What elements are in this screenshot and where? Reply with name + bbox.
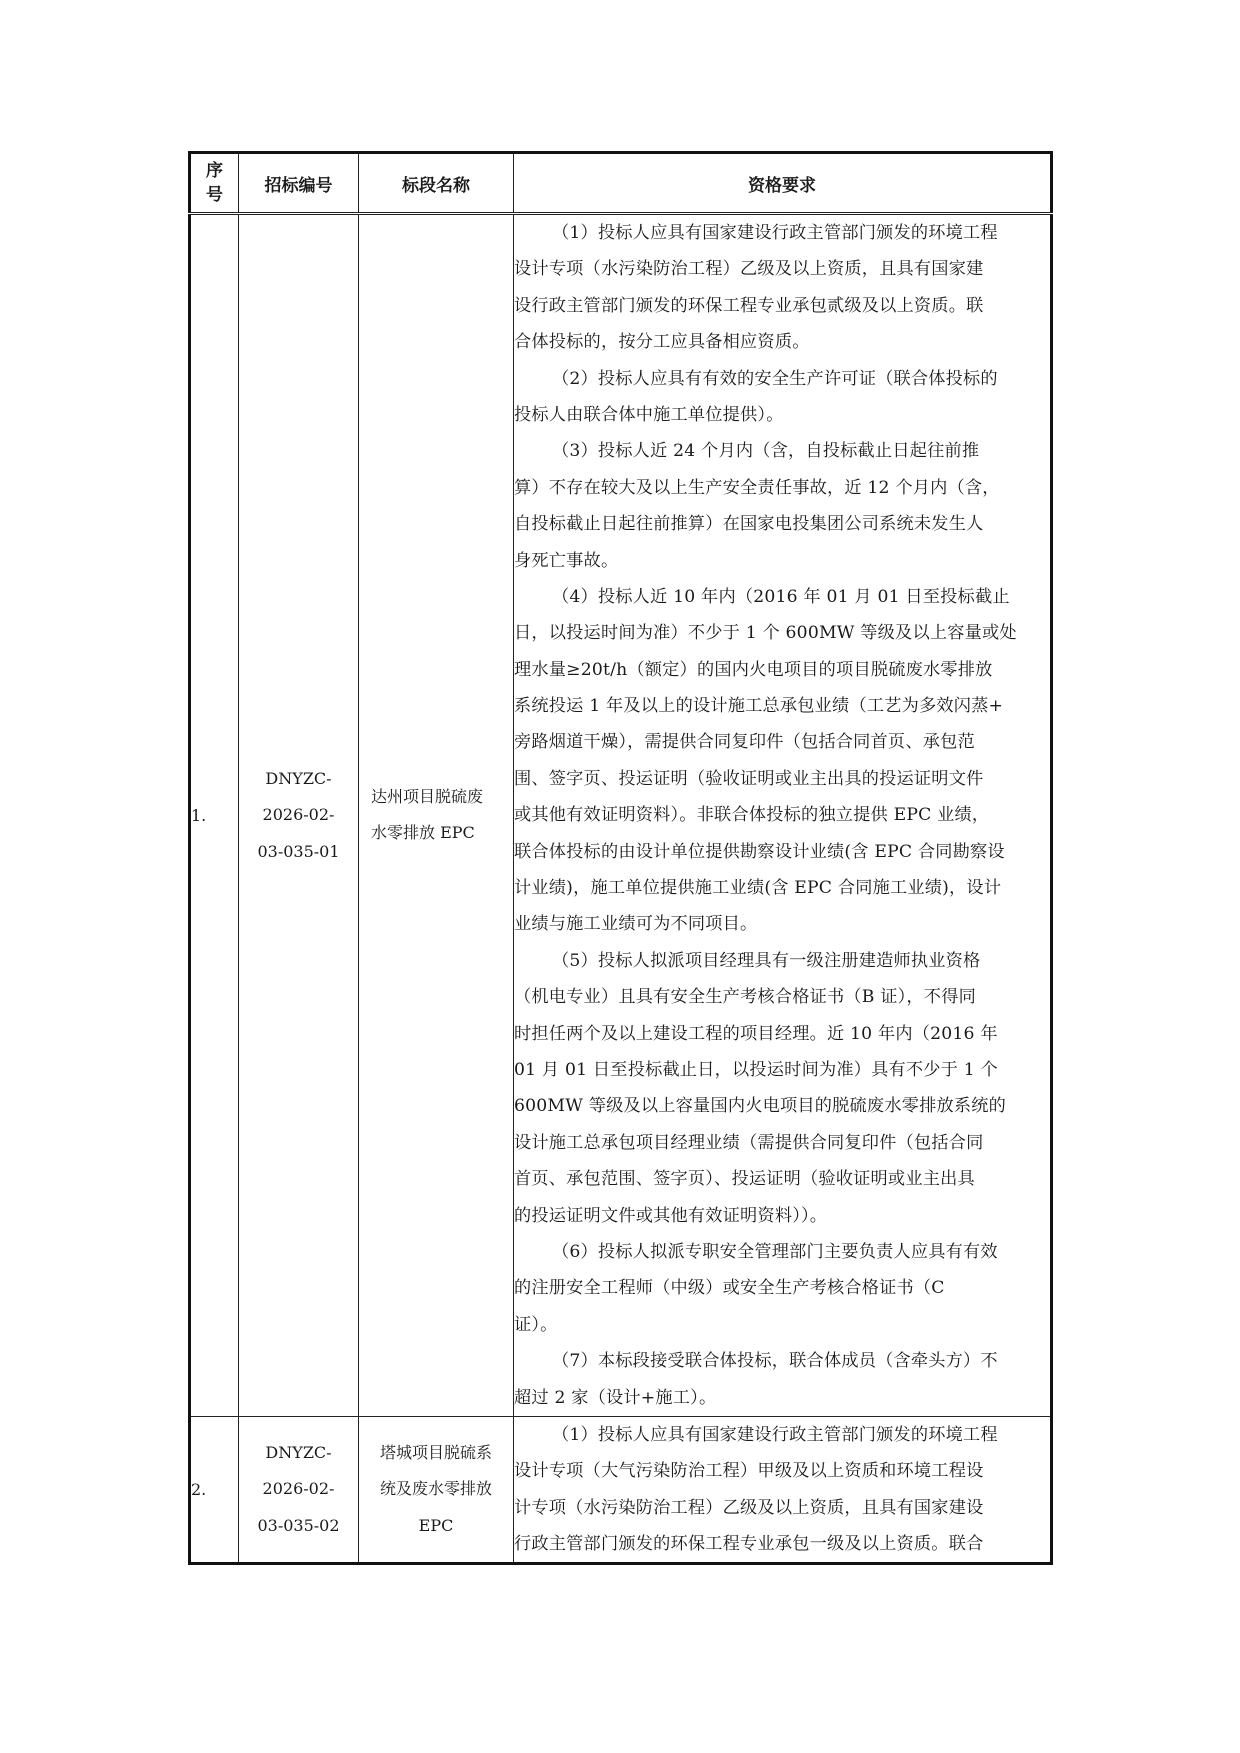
requirement-line: 日，以投运时间为准）不少于 1 个 600MW 等级及以上容量或处 [514, 615, 1050, 651]
requirement-line: 首页、承包范围、签字页）、投运证明（验收证明或业主出具 [514, 1161, 1050, 1197]
lot-name-line: 达州项目脱硫废 [371, 779, 513, 815]
requirement-line: 算）不存在较大及以上生产安全责任事故，近 12 个月内（含， [514, 470, 1050, 506]
requirement-line: 旁路烟道干燥），需提供合同复印件（包括合同首页、承包范 [514, 724, 1050, 760]
requirement-line: （1）投标人应具有国家建设行政主管部门颁发的环境工程 [514, 215, 1050, 251]
requirement-line: 投标人由联合体中施工单位提供）。 [514, 397, 1050, 433]
requirement-line: 设行政主管部门颁发的环保工程专业承包贰级及以上资质。联 [514, 288, 1050, 324]
header-requirements: 资格要求 [514, 153, 1052, 214]
table-header-row: 序 号 招标编号 标段名称 资格要求 [190, 153, 1052, 214]
row-seq: 1. [190, 214, 239, 1417]
row-bid-code: DNYZC-2026-02-03-035-01 [239, 214, 359, 1417]
requirement-line: 联合体投标的由设计单位提供勘察设计业绩(含 EPC 合同勘察设 [514, 834, 1050, 870]
requirement-line: 行政主管部门颁发的环保工程专业承包一级及以上资质。联合 [514, 1526, 1050, 1562]
requirement-line: 的注册安全工程师（中级）或安全生产考核合格证书（C [514, 1270, 1050, 1306]
lot-name-line: 统及废水零排放 [359, 1471, 513, 1507]
requirement-line: 计专项（水污染防治工程）乙级及以上资质，且具有国家建设 [514, 1490, 1050, 1526]
row-lot-name: 塔城项目脱硫系统及废水零排放EPC [359, 1416, 514, 1564]
header-name: 标段名称 [359, 153, 514, 214]
lot-name-line: EPC [359, 1508, 513, 1544]
requirement-line: 证）。 [514, 1307, 1050, 1343]
header-code: 招标编号 [239, 153, 359, 214]
row-seq: 2. [190, 1416, 239, 1564]
requirement-line: 或其他有效证明资料）。非联合体投标的独立提供 EPC 业绩， [514, 797, 1050, 833]
requirement-line: （5）投标人拟派项目经理具有一级注册建造师执业资格 [514, 943, 1050, 979]
row-lot-name: 达州项目脱硫废水零排放 EPC [359, 214, 514, 1417]
row-bid-code: DNYZC-2026-02-03-035-02 [239, 1416, 359, 1564]
bid-code-line: 03-035-01 [239, 834, 358, 870]
requirement-line: （6）投标人拟派专职安全管理部门主要负责人应具有有效 [514, 1234, 1050, 1270]
requirement-line: 自投标截止日起往前推算）在国家电投集团公司系统未发生人 [514, 506, 1050, 542]
requirement-line: 围、签字页、投运证明（验收证明或业主出具的投运证明文件 [514, 761, 1050, 797]
requirement-line: （1）投标人应具有国家建设行政主管部门颁发的环境工程 [514, 1417, 1050, 1453]
requirement-line: 超过 2 家（设计+施工）。 [514, 1380, 1050, 1416]
header-seq: 序 号 [190, 153, 239, 214]
header-seq-line1: 序 [191, 159, 238, 183]
requirement-line: 600MW 等级及以上容量国内火电项目的脱硫废水零排放系统的 [514, 1088, 1050, 1124]
lot-name-line: 塔城项目脱硫系 [359, 1435, 513, 1471]
requirement-line: （3）投标人近 24 个月内（含，自投标截止日起往前推 [514, 433, 1050, 469]
requirement-line: 时担任两个及以上建设工程的项目经理。近 10 年内（2016 年 [514, 1016, 1050, 1052]
table-row: 1.DNYZC-2026-02-03-035-01达州项目脱硫废水零排放 EPC… [190, 214, 1052, 1417]
requirement-line: 业绩与施工业绩可为不同项目。 [514, 906, 1050, 942]
requirement-line: （2）投标人应具有有效的安全生产许可证（联合体投标的 [514, 361, 1050, 397]
bid-code-line: DNYZC- [239, 761, 358, 797]
requirement-line: 01 月 01 日至投标截止日，以投运时间为准）具有不少于 1 个 [514, 1052, 1050, 1088]
lot-name-line: 水零排放 EPC [371, 815, 513, 851]
requirement-line: 身死亡事故。 [514, 543, 1050, 579]
bid-code-line: 03-035-02 [239, 1508, 358, 1544]
document-page: 序 号 招标编号 标段名称 资格要求 1.DNYZC-2026-02-03-03… [0, 0, 1240, 1753]
requirement-line: 设计专项（大气污染防治工程）甲级及以上资质和环境工程设 [514, 1453, 1050, 1489]
row-requirements: （1）投标人应具有国家建设行政主管部门颁发的环境工程设计专项（水污染防治工程）乙… [514, 214, 1052, 1417]
requirement-line: （7）本标段接受联合体投标，联合体成员（含牵头方）不 [514, 1343, 1050, 1379]
table-row: 2.DNYZC-2026-02-03-035-02塔城项目脱硫系统及废水零排放E… [190, 1416, 1052, 1564]
bid-code-line: 2026-02- [239, 797, 358, 833]
requirement-line: 的投运证明文件或其他有效证明资料））。 [514, 1198, 1050, 1234]
requirement-line: 理水量≥20t/h（额定）的国内火电项目的项目脱硫废水零排放 [514, 652, 1050, 688]
header-seq-line2: 号 [191, 183, 238, 207]
requirement-line: 设计施工总承包项目经理业绩（需提供合同复印件（包括合同 [514, 1125, 1050, 1161]
requirement-line: （机电专业）且具有安全生产考核合格证书（B 证），不得同 [514, 979, 1050, 1015]
bid-code-line: 2026-02- [239, 1471, 358, 1507]
bid-code-line: DNYZC- [239, 1435, 358, 1471]
qualification-table: 序 号 招标编号 标段名称 资格要求 1.DNYZC-2026-02-03-03… [188, 151, 1053, 1565]
requirement-line: 系统投运 1 年及以上的设计施工总承包业绩（工艺为多效闪蒸+ [514, 688, 1050, 724]
requirement-line: （4）投标人近 10 年内（2016 年 01 月 01 日至投标截止 [514, 579, 1050, 615]
row-requirements: （1）投标人应具有国家建设行政主管部门颁发的环境工程设计专项（大气污染防治工程）… [514, 1416, 1052, 1564]
requirement-line: 合体投标的，按分工应具备相应资质。 [514, 324, 1050, 360]
requirement-line: 设计专项（水污染防治工程）乙级及以上资质，且具有国家建 [514, 251, 1050, 287]
requirement-line: 计业绩)，施工单位提供施工业绩(含 EPC 合同施工业绩)，设计 [514, 870, 1050, 906]
